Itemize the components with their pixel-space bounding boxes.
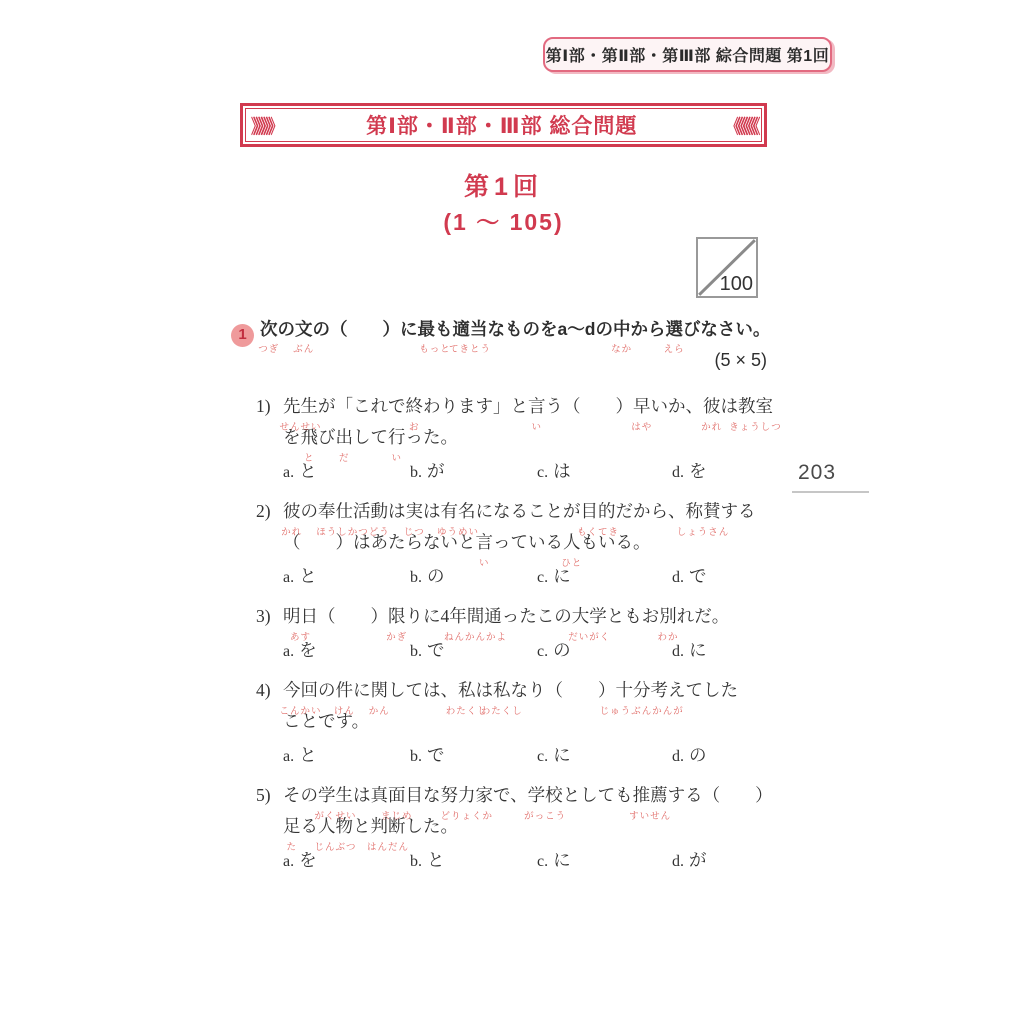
answer-option-letter: a.: [283, 464, 294, 481]
answer-option: b.と: [410, 847, 537, 875]
page-number: 203: [798, 461, 836, 485]
text-segment: 十分考じゅうぶんかんが: [616, 679, 669, 702]
answer-option: a.と: [283, 742, 410, 770]
text-segment: もいる。: [581, 531, 651, 554]
text-segment: 奉仕活動ほうしかつどう: [318, 500, 388, 523]
text-segment: 出だ: [336, 426, 354, 449]
answer-options-row: a.とb.でc.にd.の: [283, 742, 818, 772]
answer-option-text: で: [689, 566, 707, 586]
answer-option-text: に: [553, 850, 571, 870]
furigana: と: [304, 447, 315, 470]
answer-option-letter: d.: [672, 853, 684, 870]
text-segment: は: [423, 500, 441, 523]
text-segment: 彼かれ: [703, 395, 721, 418]
question-lines: 彼かれの奉仕活動ほうしかつどうは実じつは有名ゆうめいになることが目的もくてきだか…: [283, 500, 818, 562]
text-segment: 努力家どりょくか: [441, 784, 494, 807]
text-segment: る: [301, 815, 319, 838]
text-segment: は: [476, 679, 494, 702]
question-text-line: 彼かれの奉仕活動ほうしかつどうは実じつは有名ゆうめいになることが目的もくてきだか…: [283, 500, 818, 531]
text-segment: 明日あす: [283, 605, 318, 628]
question-number: 2): [256, 500, 283, 593]
text-segment: 中なか: [613, 317, 631, 341]
text-segment: っている: [493, 531, 563, 554]
text-segment: 適当てきとう: [453, 317, 488, 341]
text-segment: 文ぶん: [295, 317, 313, 341]
chevron-left-ornament-icon: 《《《《《《《《《: [726, 112, 756, 139]
question-number: 3): [256, 605, 283, 667]
answer-option-text: を: [689, 461, 707, 481]
text-segment: の: [318, 679, 336, 702]
text-segment: で、: [493, 784, 528, 807]
answer-option-letter: d.: [672, 569, 684, 586]
text-segment: a～d: [558, 317, 596, 341]
answer-option-letter: c.: [537, 748, 548, 765]
answer-option: c.に: [537, 563, 672, 591]
answer-option-text: が: [427, 461, 445, 481]
score-box: 100: [696, 237, 758, 298]
answer-options-row: a.をb.でc.のd.に: [283, 637, 818, 667]
answer-option-letter: b.: [410, 853, 422, 870]
running-head-label: 第Ⅰ部・第Ⅱ部・第Ⅲ部 綜合問題 第1回: [546, 43, 829, 66]
question-body: 明日あす（ ）限かぎりに4年間通ねんかんかよったこの大学だいがくともお別わかれだ…: [283, 605, 818, 667]
furigana: かぎ: [386, 626, 407, 649]
text-segment: 終お: [406, 395, 424, 418]
question-number: 4): [256, 679, 283, 772]
furigana: ひと: [561, 552, 582, 575]
answer-option-letter: c.: [537, 569, 548, 586]
answer-option: c.に: [537, 742, 672, 770]
answer-option-letter: b.: [410, 748, 422, 765]
text-segment: の（ ）に: [313, 317, 418, 341]
text-segment: 足た: [283, 815, 301, 838]
score-total: 100: [720, 273, 753, 296]
furigana: かれ: [701, 416, 722, 439]
answer-option-letter: c.: [537, 853, 548, 870]
question-item: 2) 彼かれの奉仕活動ほうしかつどうは実じつは有名ゆうめいになることが目的もくて…: [256, 500, 818, 593]
text-segment: なものを: [488, 317, 558, 341]
text-segment: が「これで: [318, 395, 406, 418]
text-segment: になることが: [476, 500, 581, 523]
text-segment: して: [353, 426, 388, 449]
text-segment: なり（ ）: [511, 679, 616, 702]
text-segment: 目的もくてき: [581, 500, 616, 523]
running-head-tab: 第Ⅰ部・第Ⅱ部・第Ⅲ部 綜合問題 第1回: [543, 37, 832, 72]
chevron-right-ornament-icon: 》》》》》》》》: [251, 112, 278, 139]
question-text-line: ことです。: [283, 710, 818, 741]
text-segment: は: [353, 784, 371, 807]
answer-option-letter: a.: [283, 569, 294, 586]
text-segment: ったこの: [502, 605, 572, 628]
answer-option-letter: c.: [537, 643, 548, 660]
text-segment: な: [423, 784, 441, 807]
answer-options-row: a.をb.とc.にd.が: [283, 847, 818, 877]
question-body: その学生がくせいは真面目まじめな努力家どりょくかで、学校がっこうとしても推薦すい…: [283, 784, 818, 877]
furigana: がっこう: [524, 805, 566, 828]
answer-option: c.は: [537, 458, 672, 486]
answer-option-text: は: [553, 461, 571, 481]
text-segment: 件けん: [336, 679, 354, 702]
answer-option-text: が: [689, 850, 707, 870]
text-segment: ことです。: [283, 710, 369, 733]
answer-option: c.に: [537, 847, 672, 875]
text-segment: 判断はんだん: [371, 815, 406, 838]
text-segment: 学生がくせい: [318, 784, 353, 807]
text-segment: 有名ゆうめい: [441, 500, 476, 523]
furigana: じゅうぶんかんが: [600, 700, 684, 723]
instruction-text: 次つぎの文ぶんの（ ）に最ももっと適当てきとうなものをa～dの中なかから選えらび…: [260, 319, 770, 339]
furigana: ねんかんかよ: [444, 626, 507, 649]
text-segment: いか、: [651, 395, 704, 418]
furigana: はや: [631, 416, 652, 439]
text-segment: った。: [406, 426, 459, 449]
question-text-line: （ ）はあたらないと言いっている人ひともいる。: [283, 531, 818, 562]
answer-option-letter: d.: [672, 748, 684, 765]
text-segment: 限かぎ: [388, 605, 406, 628]
banner-title: 第Ⅰ部・Ⅱ部・Ⅲ部 総合問題: [289, 110, 715, 140]
round-title: 第1回: [240, 167, 767, 203]
text-segment: 私わたくし: [493, 679, 511, 702]
text-segment: 称賛しょうさん: [686, 500, 721, 523]
question-lines: 今回こんかいの件けんに関かんしては、私わたくしは私わたくしなり（ ）十分考じゅう…: [283, 679, 818, 741]
answer-option-letter: b.: [410, 643, 422, 660]
answer-option: a.と: [283, 563, 410, 591]
question-body: 彼かれの奉仕活動ほうしかつどうは実じつは有名ゆうめいになることが目的もくてきだか…: [283, 500, 818, 593]
text-segment: 選えら: [665, 317, 683, 341]
furigana: だ: [339, 447, 350, 470]
answer-option-text: の: [689, 745, 707, 765]
text-segment: しては、: [388, 679, 458, 702]
text-segment: 別わか: [659, 605, 677, 628]
page-number-rule: [792, 491, 869, 493]
answer-option-letter: c.: [537, 464, 548, 481]
question-text-line: その学生がくせいは真面目まじめな努力家どりょくかで、学校がっこうとしても推薦すい…: [283, 784, 818, 815]
answer-option-text: で: [427, 745, 445, 765]
answer-options-row: a.とb.がc.はd.を: [283, 458, 818, 488]
text-segment: に: [353, 679, 371, 702]
text-segment: 早はや: [633, 395, 651, 418]
text-segment: ともお: [607, 605, 660, 628]
answer-option-text: と: [299, 745, 317, 765]
section-number-badge: 1: [231, 324, 254, 347]
question-lines: その学生がくせいは真面目まじめな努力家どりょくかで、学校がっこうとしても推薦すい…: [283, 784, 818, 846]
text-segment: （ ）: [318, 605, 388, 628]
text-segment: 教室きょうしつ: [738, 395, 773, 418]
text-segment: 人ひと: [563, 531, 581, 554]
question-text-line: 先生せんせいが「これで終おわります」と言いう（ ）早はやいか、彼かれは教室きょう…: [283, 395, 818, 426]
furigana: すいせん: [629, 805, 671, 828]
furigana: あす: [290, 626, 311, 649]
answer-option-letter: b.: [410, 464, 422, 481]
text-segment: は: [388, 500, 406, 523]
text-segment: 次つぎ: [260, 317, 278, 341]
answer-options-row: a.とb.のc.にd.で: [283, 563, 818, 593]
furigana: わたくし: [481, 700, 523, 723]
text-segment: する: [721, 500, 756, 523]
furigana: い: [531, 416, 542, 439]
answer-option-text: と: [427, 850, 445, 870]
section-instruction-row: 1次つぎの文ぶんの（ ）に最ももっと適当てきとうなものをa～dの中なかから選えら…: [231, 317, 783, 347]
answer-option-text: に: [689, 640, 707, 660]
text-segment: 彼かれ: [283, 500, 301, 523]
section-banner-frame: 》》》》》》》》 第Ⅰ部・Ⅱ部・Ⅲ部 総合問題 《《《《《《《《《: [245, 108, 762, 142]
book-page: 第Ⅰ部・第Ⅱ部・第Ⅲ部 綜合問題 第1回 》》》》》》》》 第Ⅰ部・Ⅱ部・Ⅲ部 …: [0, 0, 1024, 1024]
question-lines: 明日あす（ ）限かぎりに4年間通ねんかんかよったこの大学だいがくともお別わかれだ…: [283, 605, 818, 636]
furigana: た: [286, 836, 297, 859]
question-lines: 先生せんせいが「これで終おわります」と言いう（ ）早はやいか、彼かれは教室きょう…: [283, 395, 818, 457]
text-segment: 関かん: [371, 679, 389, 702]
furigana: だいがく: [568, 626, 610, 649]
text-segment: から: [630, 317, 665, 341]
text-segment: としても: [563, 784, 633, 807]
furigana: かん: [369, 700, 390, 723]
text-segment: と: [353, 815, 371, 838]
text-segment: を: [283, 426, 301, 449]
text-segment: 人物じんぶつ: [318, 815, 353, 838]
answer-option: d.を: [672, 458, 707, 486]
text-segment: 最ももっと: [418, 317, 453, 341]
furigana: い: [479, 552, 490, 575]
question-number: 1): [256, 395, 283, 488]
question-text-line: 明日あす（ ）限かぎりに4年間通ねんかんかよったこの大学だいがくともお別わかれだ…: [283, 605, 818, 636]
question-text-line: 今回こんかいの件けんに関かんしては、私わたくしは私わたくしなり（ ）十分考じゅう…: [283, 679, 818, 710]
points-note: (5 × 5): [240, 350, 767, 371]
text-segment: する（ ）: [668, 784, 773, 807]
text-segment: 年間通ねんかんかよ: [449, 605, 502, 628]
question-item: 3) 明日あす（ ）限かぎりに4年間通ねんかんかよったこの大学だいがくともお別わ…: [256, 605, 818, 667]
text-segment: びなさい。: [683, 317, 771, 341]
section-banner: 》》》》》》》》 第Ⅰ部・Ⅱ部・Ⅲ部 総合問題 《《《《《《《《《: [240, 103, 767, 147]
answer-option-letter: b.: [410, 569, 422, 586]
answer-option-text: の: [427, 566, 445, 586]
text-segment: その: [283, 784, 318, 807]
text-segment: した。: [406, 815, 459, 838]
text-segment: 飛と: [301, 426, 319, 449]
furigana: わか: [657, 626, 678, 649]
answer-option: d.で: [672, 563, 707, 591]
question-item: 4) 今回こんかいの件けんに関かんしては、私わたくしは私わたくしなり（ ）十分考…: [256, 679, 818, 772]
text-segment: 言い: [476, 531, 494, 554]
furigana: い: [391, 447, 402, 470]
text-segment: 私わたくし: [458, 679, 476, 702]
furigana: しょうさん: [677, 521, 730, 544]
question-body: 今回こんかいの件けんに関かんしては、私わたくしは私わたくしなり（ ）十分考じゅう…: [283, 679, 818, 772]
answer-option: b.で: [410, 742, 537, 770]
text-segment: れだ。: [677, 605, 730, 628]
text-segment: えてした: [668, 679, 738, 702]
text-segment: の: [301, 500, 319, 523]
question-item: 1) 先生せんせいが「これで終おわります」と言いう（ ）早はやいか、彼かれは教室…: [256, 395, 818, 488]
text-segment: 行い: [388, 426, 406, 449]
answer-option: b.が: [410, 458, 537, 486]
answer-option-text: と: [299, 566, 317, 586]
answer-option: d.の: [672, 742, 707, 770]
text-segment: （ ）はあたらないと: [283, 531, 476, 554]
question-body: 先生せんせいが「これで終おわります」と言いう（ ）早はやいか、彼かれは教室きょう…: [283, 395, 818, 488]
question-number: 5): [256, 784, 283, 877]
question-item: 5) その学生がくせいは真面目まじめな努力家どりょくかで、学校がっこうとしても推…: [256, 784, 818, 877]
furigana: じんぶつ: [314, 836, 356, 859]
text-segment: 推薦すいせん: [633, 784, 668, 807]
text-segment: 4: [441, 605, 450, 628]
text-segment: 大学だいがく: [572, 605, 607, 628]
text-segment: 学校がっこう: [528, 784, 563, 807]
text-segment: 実じつ: [406, 500, 424, 523]
answer-option-text: に: [553, 745, 571, 765]
answer-option-text: で: [427, 640, 445, 660]
text-segment: りに: [406, 605, 441, 628]
question-list: 1) 先生せんせいが「これで終おわります」と言いう（ ）早はやいか、彼かれは教室…: [256, 395, 818, 889]
answer-option: d.が: [672, 847, 707, 875]
text-segment: 真面目まじめ: [371, 784, 424, 807]
answer-option-letter: a.: [283, 748, 294, 765]
text-segment: だから、: [616, 500, 686, 523]
text-segment: 言い: [528, 395, 546, 418]
text-segment: び: [318, 426, 336, 449]
question-range: (1 ～ 105): [240, 204, 767, 237]
text-segment: う（ ）: [546, 395, 634, 418]
answer-option: b.の: [410, 563, 537, 591]
furigana: はんだん: [367, 836, 409, 859]
text-segment: は: [721, 395, 739, 418]
furigana: きょうしつ: [729, 416, 782, 439]
text-segment: わります」と: [423, 395, 528, 418]
text-segment: 先生せんせい: [283, 395, 318, 418]
text-segment: 今回こんかい: [283, 679, 318, 702]
answer-option-letter: d.: [672, 464, 684, 481]
